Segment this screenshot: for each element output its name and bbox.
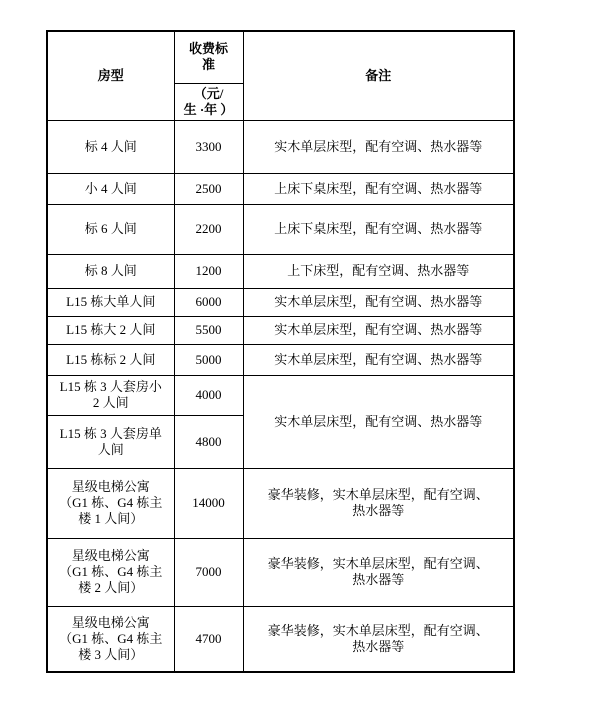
table-row: L15 栋 3 人套房小 2 人间 4000 实木单层床型，配有空调、热水器等 [47,375,514,415]
header-fee-standard: 收费标 准 [174,31,243,83]
remark-cell: 实木单层床型，配有空调、热水器等 [243,344,514,375]
room-cell: L15 栋 3 人套房小 2 人间 [47,375,174,415]
table-row: 星级电梯公寓 （G1 栋、G4 栋主 楼 3 人间） 4700 豪华装修，实木单… [47,606,514,672]
fee-cell: 7000 [174,538,243,606]
fee-cell: 2500 [174,173,243,204]
remark-cell: 实木单层床型，配有空调、热水器等 [243,316,514,344]
table-body: 标 4 人间 3300 实木单层床型，配有空调、热水器等 小 4 人间 2500… [47,120,514,672]
remark-cell: 上床下桌床型，配有空调、热水器等 [243,204,514,254]
fee-cell: 6000 [174,288,243,316]
remark-cell: 豪华装修，实木单层床型，配有空调、 热水器等 [243,538,514,606]
fee-cell: 1200 [174,254,243,288]
header-remark: 备注 [243,31,514,120]
room-cell: 标 4 人间 [47,120,174,173]
fee-cell: 4000 [174,375,243,415]
room-cell: L15 栋标 2 人间 [47,344,174,375]
room-cell: L15 栋大 2 人间 [47,316,174,344]
table-row: 标 8 人间 1200 上下床型，配有空调、热水器等 [47,254,514,288]
remark-cell: 豪华装修，实木单层床型，配有空调、 热水器等 [243,606,514,672]
remark-cell: 实木单层床型，配有空调、热水器等 [243,288,514,316]
room-cell: 标 6 人间 [47,204,174,254]
fee-cell: 3300 [174,120,243,173]
fee-cell: 4700 [174,606,243,672]
room-cell: L15 栋 3 人套房单 人间 [47,415,174,468]
document-page: 房型 收费标 准 备注 （元/ 生 ·年 ） 标 4 人间 3300 实木单层床… [0,0,592,720]
table-row: 小 4 人间 2500 上床下桌床型，配有空调、热水器等 [47,173,514,204]
fee-cell: 4800 [174,415,243,468]
room-cell: 星级电梯公寓 （G1 栋、G4 栋主 楼 3 人间） [47,606,174,672]
room-cell: L15 栋大单人间 [47,288,174,316]
table-row: 标 4 人间 3300 实木单层床型，配有空调、热水器等 [47,120,514,173]
table-row: 星级电梯公寓 （G1 栋、G4 栋主 楼 2 人间） 7000 豪华装修，实木单… [47,538,514,606]
room-cell: 星级电梯公寓 （G1 栋、G4 栋主 楼 2 人间） [47,538,174,606]
remark-cell: 上下床型，配有空调、热水器等 [243,254,514,288]
room-cell: 星级电梯公寓 （G1 栋、G4 栋主 楼 1 人间） [47,468,174,538]
remark-cell: 豪华装修，实木单层床型，配有空调、 热水器等 [243,468,514,538]
dorm-fee-table: 房型 收费标 准 备注 （元/ 生 ·年 ） 标 4 人间 3300 实木单层床… [46,30,515,673]
table-row: L15 栋大单人间 6000 实木单层床型，配有空调、热水器等 [47,288,514,316]
remark-cell-merged: 实木单层床型，配有空调、热水器等 [243,375,514,468]
table-row: 标 6 人间 2200 上床下桌床型，配有空调、热水器等 [47,204,514,254]
header-row-top: 房型 收费标 准 备注 [47,31,514,83]
table-row: L15 栋标 2 人间 5000 实木单层床型，配有空调、热水器等 [47,344,514,375]
table-row: 星级电梯公寓 （G1 栋、G4 栋主 楼 1 人间） 14000 豪华装修，实木… [47,468,514,538]
fee-cell: 5000 [174,344,243,375]
fee-cell: 14000 [174,468,243,538]
header-room-type: 房型 [47,31,174,120]
header-fee-unit: （元/ 生 ·年 ） [174,83,243,120]
remark-cell: 上床下桌床型，配有空调、热水器等 [243,173,514,204]
table-row: L15 栋大 2 人间 5500 实木单层床型，配有空调、热水器等 [47,316,514,344]
fee-cell: 2200 [174,204,243,254]
room-cell: 小 4 人间 [47,173,174,204]
remark-cell: 实木单层床型，配有空调、热水器等 [243,120,514,173]
table-header: 房型 收费标 准 备注 （元/ 生 ·年 ） [47,31,514,120]
room-cell: 标 8 人间 [47,254,174,288]
fee-cell: 5500 [174,316,243,344]
